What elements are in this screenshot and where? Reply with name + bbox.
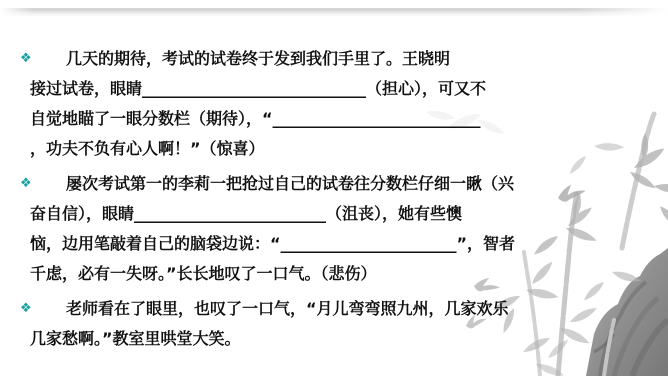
diamond-bullet-icon: ❖ — [20, 302, 32, 315]
paragraph: ❖几天的期待，考试的试卷终于发到我们手里了。王晓明接过试卷，眼睛________… — [30, 44, 590, 164]
text-line: 几天的期待，考试的试卷终于发到我们手里了。王晓明 — [30, 44, 590, 74]
diamond-bullet-icon: ❖ — [20, 177, 32, 190]
rock-ink-wash — [586, 248, 668, 376]
text-line: 恼，边用笔敲着自己的脑袋边说：“______________________”，… — [30, 229, 590, 259]
text-line: 千虑，必有一失呀。”长长地叹了一口气。（悲伤） — [30, 259, 590, 289]
paragraph: ❖屡次考试第一的李莉一把抢过自己的试卷往分数栏仔细一瞅（兴奋自信），眼睛____… — [30, 169, 590, 289]
top-gradient-divider — [0, 8, 668, 17]
text-line: 奋自信），眼睛________________________（沮丧），她有些懊 — [30, 199, 590, 229]
text-line: 屡次考试第一的李莉一把抢过自己的试卷往分数栏仔细一瞅（兴 — [30, 169, 590, 199]
paragraph: ❖老师看在了眼里，也叹了一口气，“月儿弯弯照九州，几家欢乐几家愁啊。”教室里哄堂… — [30, 294, 590, 354]
text-line: 几家愁啊。”教室里哄堂大笑。 — [30, 324, 590, 354]
slide-text: ❖几天的期待，考试的试卷终于发到我们手里了。王晓明接过试卷，眼睛________… — [30, 44, 590, 359]
presentation-slide: ❖几天的期待，考试的试卷终于发到我们手里了。王晓明接过试卷，眼睛________… — [0, 0, 668, 376]
diamond-bullet-icon: ❖ — [20, 52, 32, 65]
text-line: 自觉地瞄了一眼分数栏（期待），“________________________… — [30, 104, 590, 134]
text-line: 老师看在了眼里，也叹了一口气，“月儿弯弯照九州，几家欢乐 — [30, 294, 590, 324]
text-line: 接过试卷，眼睛____________________________（担心），… — [30, 74, 590, 104]
text-line: ，功夫不负有心人啊！”（惊喜） — [30, 134, 590, 164]
